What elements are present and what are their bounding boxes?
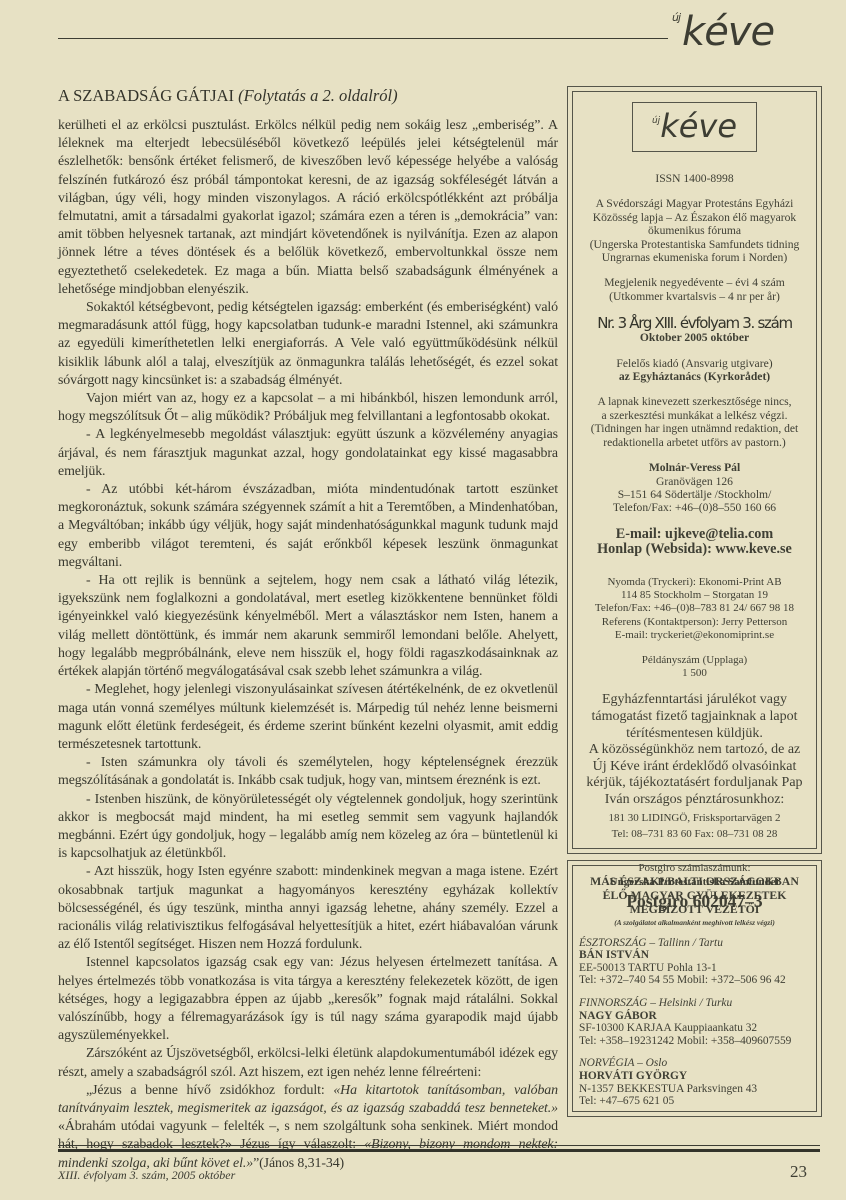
printer-line: Nyomda (Tryckeri): Ekonomi-Print AB <box>573 576 816 589</box>
logo-prefix: új <box>652 116 660 126</box>
frequency-line: Megjelenik negyedévente – évi 4 szám <box>573 276 816 289</box>
support-line: térítésmentesen küldjük. <box>573 726 816 743</box>
editorial-line: (Tidningen har ingen utnämnd redaktion, … <box>573 422 816 435</box>
about-line: ökumenikus fóruma <box>573 224 816 237</box>
treasurer-phone: Tel: 08–731 83 60 Fax: 08–731 08 28 <box>573 826 816 842</box>
website-link[interactable]: Honlap (Websida): www.keve.se <box>573 542 816 558</box>
editor-address: S–151 64 Södertälje /Stockholm/ <box>573 488 816 501</box>
leader-country: FINNORSZÁG – Helsinki / Turku <box>579 997 816 1010</box>
editor-address: Granövägen 126 <box>573 475 816 488</box>
leader-address: EE-50013 TARTU Pohla 13-1 <box>579 962 816 975</box>
editorial-line: A lapnak kinevezett szerkesztősége nincs… <box>573 395 816 408</box>
paragraph: Zárszóként az Újszövetségből, erkölcsi-l… <box>58 1045 558 1081</box>
editor-phone: Telefon/Fax: +46–(0)8–550 160 66 <box>573 501 816 514</box>
issn: ISSN 1400-8998 <box>573 172 816 185</box>
leader-entry: ÉSZTORSZÁG – Tallinn / Tartu BÁN ISTVÁN … <box>579 937 816 987</box>
paragraph: - Azt hisszük, hogy Isten egyénre szabot… <box>58 863 558 954</box>
support-line: Iván országos pénztárosunkhoz: <box>573 792 816 809</box>
about-line: (Ungerska Protestantiska Samfundets tidn… <box>573 238 816 251</box>
quote-intro: „Jézus a benne hívő zsidókhoz fordult: <box>86 1083 333 1098</box>
about-line: Ungrarnas ekumeniska forum i Norden) <box>573 251 816 264</box>
header-rule <box>58 38 668 39</box>
printer-line: Referens (Kontaktperson): Jerry Petterso… <box>573 616 816 629</box>
support-info: Egyházfenntartási járulékot vagy támogat… <box>573 692 816 808</box>
leader-country: ÉSZTORSZÁG – Tallinn / Tartu <box>579 937 816 950</box>
heading-line: MÁS ÉSZAKI/BALTI ORSZÁGOKBAN <box>573 874 816 888</box>
treasurer-contact: 181 30 LIDINGÖ, Frisksportarvägen 2 Tel:… <box>573 810 816 842</box>
editor-contact: Molnár-Veress Pál Granövägen 126 S–151 6… <box>573 461 816 515</box>
paragraph: - Meglehet, hogy jelenlegi viszonyulásai… <box>58 681 558 754</box>
heading-line: ÉLŐ MAGYAR GYÜLEKEZETEK <box>573 888 816 902</box>
printer-line: Telefon/Fax: +46–(0)8–783 81 24/ 667 98 … <box>573 602 816 615</box>
editor-name: Molnár-Veress Pál <box>649 461 740 474</box>
logo-text: kéve <box>682 9 774 55</box>
editorial-line: a szerkesztési munkákat a lelkész végzi. <box>573 409 816 422</box>
leader-entry: FINNORSZÁG – Helsinki / Turku NAGY GÁBOR… <box>579 997 816 1047</box>
circulation-value: 1 500 <box>573 667 816 680</box>
printer-line: E-mail: tryckeriet@ekonomiprint.se <box>573 629 816 642</box>
publisher-label: Felelős kiadó (Ansvarig utgivare) <box>573 357 816 370</box>
paragraph: Vajon miért van az, hogy ez a kapcsolat … <box>58 390 558 426</box>
publisher: Felelős kiadó (Ansvarig utgivare) az Egy… <box>573 357 816 384</box>
heading-line: MEGBÍZOTT VEZETŐI <box>573 902 816 916</box>
circulation-label: Példányszám (Upplaga) <box>573 654 816 667</box>
support-line: A közösségünkhöz nem tartozó, de az <box>573 742 816 759</box>
treasurer-address: 181 30 LIDINGÖ, Frisksportarvägen 2 <box>573 810 816 826</box>
leaders-heading: MÁS ÉSZAKI/BALTI ORSZÁGOKBAN ÉLŐ MAGYAR … <box>573 874 816 917</box>
about-line: A Svédországi Magyar Protestáns Egyházi <box>573 197 816 210</box>
footer-rule-thick <box>58 1149 820 1152</box>
paragraph: - Ha ott rejlik is bennünk a sejtelem, h… <box>58 572 558 681</box>
support-line: kérjük, tájékoztatásért forduljanak Pap <box>573 775 816 792</box>
congregation-leaders-box: MÁS ÉSZAKI/BALTI ORSZÁGOKBAN ÉLŐ MAGYAR … <box>567 860 822 1117</box>
article-title-continuation: (Folytatás a 2. oldalról) <box>238 86 398 105</box>
support-line: Egyházfenntartási járulékot vagy <box>573 692 816 709</box>
leader-address: SF-10300 KARJAA Kauppiaankatu 32 <box>579 1022 816 1035</box>
online-contact: E-mail: ujkeve@telia.com Honlap (Websida… <box>573 527 816 558</box>
publication-about: A Svédországi Magyar Protestáns Egyházi … <box>573 197 816 264</box>
email-link[interactable]: E-mail: ujkeve@telia.com <box>573 527 816 543</box>
footer-issue: XIII. évfolyam 3. szám, 2005 október <box>58 1168 235 1183</box>
leader-name: HORVÁTI GYÖRGY <box>579 1070 816 1083</box>
about-line: Közösség lapja – Az Északon élő magyarok <box>573 211 816 224</box>
article-title-main: A SZABADSÁG GÁTJAI <box>58 86 234 105</box>
printer-line: 114 85 Stockholm – Storgatan 19 <box>573 589 816 602</box>
support-line: Új Kéve iránt érdeklődő olvasóinkat <box>573 759 816 776</box>
editorial-line: redaktionella arbetet utförs av pastorn.… <box>573 436 816 449</box>
logo-text: kéve <box>660 107 737 145</box>
article-title: A SZABADSÁG GÁTJAI (Folytatás a 2. oldal… <box>58 86 398 106</box>
paragraph: Istennel kapcsolatos igazság csak egy va… <box>58 954 558 1045</box>
issue-number: Nr. 3 Årg XIII. évfolyam 3. szám <box>573 315 816 331</box>
leader-phone: Tel: +47–675 621 05 <box>579 1095 816 1108</box>
frequency: Megjelenik negyedévente – évi 4 szám (Ut… <box>573 276 816 303</box>
frequency-line: (Utkommer kvartalsvis – 4 nr per år) <box>573 290 816 303</box>
support-line: támogatást fizető tagjainknak a lapot <box>573 709 816 726</box>
logo-prefix: új <box>672 11 680 24</box>
article-body: kerülheti el az erkölcsi pusztulást. Erk… <box>58 117 558 1173</box>
issue-date-text: Oktober 2005 október <box>640 331 749 344</box>
paragraph: Sokaktól kétségbevont, pedig kétségtelen… <box>58 299 558 390</box>
bible-quote: „Jézus a benne hívő zsidókhoz fordult: «… <box>58 1082 558 1173</box>
publisher-name: az Egyháztanács (Kyrkorådet) <box>619 370 770 383</box>
leader-entry: NORVÉGIA – Oslo HORVÁTI GYÖRGY N-1357 BE… <box>579 1057 816 1107</box>
leader-address: N-1357 BEKKESTUA Parksvingen 43 <box>579 1083 816 1096</box>
leader-phone: Tel: +358–19231242 Mobil: +358–409607559 <box>579 1035 816 1048</box>
page-number: 23 <box>790 1162 807 1182</box>
paragraph: - Az utóbbi két-három évszázadban, mióta… <box>58 481 558 572</box>
leader-country: NORVÉGIA – Oslo <box>579 1057 816 1070</box>
paragraph: kerülheti el az erkölcsi pusztulást. Erk… <box>58 117 558 299</box>
issue-date: Oktober 2005 október <box>573 331 816 344</box>
leader-phone: Tel: +372–740 54 55 Mobil: +372–506 96 4… <box>579 974 816 987</box>
leader-name: BÁN ISTVÁN <box>579 949 816 962</box>
paragraph: - A legkényelmesebb megoldást választjuk… <box>58 426 558 481</box>
leader-name: NAGY GÁBOR <box>579 1010 816 1023</box>
printer-info: Nyomda (Tryckeri): Ekonomi-Print AB 114 … <box>573 576 816 642</box>
footer-rule-thin <box>58 1145 820 1146</box>
masthead-logo: újkéve <box>632 102 757 152</box>
leaders-note: (A szolgálatot alkalmanként meghívott le… <box>573 918 816 927</box>
magazine-logo: újkéve <box>672 10 774 64</box>
paragraph: - Isten számunkra oly távoli és személyt… <box>58 754 558 790</box>
masthead-box: újkéve ISSN 1400-8998 A Svédországi Magy… <box>567 86 822 854</box>
paragraph: - Istenben hiszünk, de könyörületességét… <box>58 791 558 864</box>
circulation: Példányszám (Upplaga) 1 500 <box>573 654 816 680</box>
editorial-note: A lapnak kinevezett szerkesztősége nincs… <box>573 395 816 449</box>
quote-reference: ”(János 8,31-34) <box>253 1156 344 1171</box>
